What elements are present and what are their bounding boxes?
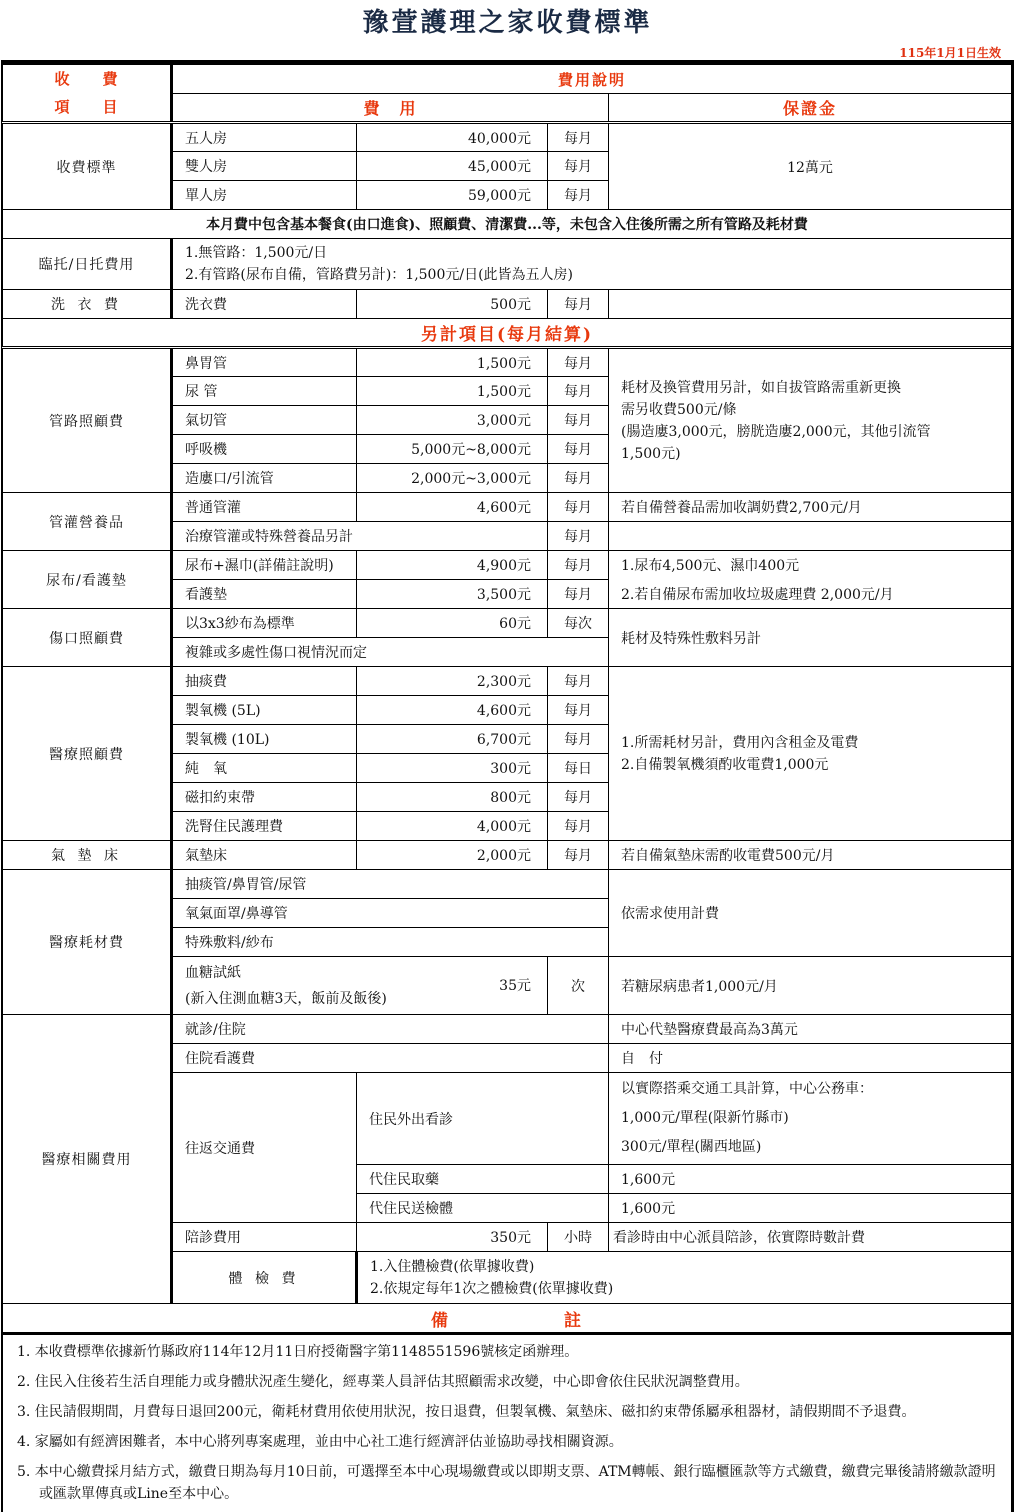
- tube-unit: 每月: [548, 377, 609, 406]
- header-item-line1: 收 費: [15, 65, 158, 93]
- medical-care-name: 抽痰費: [172, 667, 357, 696]
- room-amount: 45,000元: [357, 152, 548, 181]
- category-medical-care: 醫療照顧費: [3, 667, 172, 841]
- glucose-amount: 35元: [499, 975, 531, 997]
- medical-care-name: 洗腎住民護理費: [172, 812, 357, 841]
- wound-name: 以3x3紗布為標準: [172, 609, 357, 638]
- category-tube-care: 管路照顧費: [3, 348, 172, 493]
- medical-care-amount: 800元: [357, 783, 548, 812]
- medical-care-name: 製氧機 (5L): [172, 696, 357, 725]
- feeding-amount: 4,600元: [357, 493, 548, 522]
- category-consumables: 醫療耗材費: [3, 870, 172, 1015]
- fee-table: 收 費 項 目 費用說明 費 用 保證金 收費標準 五人房 40,000元 每月…: [2, 64, 1012, 1512]
- laundry-unit: 每月: [548, 290, 609, 319]
- inclusion-note: 本月費中包含基本餐食(由口進食)、照顧費、清潔費...等，未包含入住後所需之所有…: [3, 210, 1012, 239]
- medical-care-amount: 300元: [357, 754, 548, 783]
- outing-name: 住民外出看診: [357, 1073, 609, 1165]
- tube-note-line3: (腸造廔3,000元，膀胱造廔2,000元，其他引流管: [621, 421, 999, 443]
- room-name: 雙人房: [172, 152, 357, 181]
- air-bed-unit: 每月: [548, 841, 609, 870]
- category-standard: 收費標準: [3, 123, 172, 210]
- wound-name: 複雜或多處性傷口視情況而定: [172, 638, 609, 667]
- medical-care-amount: 4,000元: [357, 812, 548, 841]
- medical-care-name: 純 氧: [172, 754, 357, 783]
- outing-note-line2: 1,000元/單程(限新竹縣市): [621, 1104, 999, 1133]
- header-desc: 費用說明: [172, 65, 1012, 94]
- tube-amount: 1,500元: [357, 348, 548, 377]
- fee-sheet: 收 費 項 目 費用說明 費 用 保證金 收費標準 五人房 40,000元 每月…: [1, 60, 1014, 1512]
- wound-note: 耗材及特殊性敷料另計: [609, 609, 1012, 667]
- remark-item: 1. 本收費標準依據新竹縣政府114年12月11日府授衛醫字第114855159…: [3, 1337, 1011, 1367]
- tube-amount: 5,000元~8,000元: [357, 435, 548, 464]
- checkup-line2: 2.依規定每年1次之體檢費(依單據收費): [370, 1278, 999, 1300]
- category-checkup: 體 檢 費: [172, 1252, 357, 1304]
- glucose-name-line1: 血糖試紙: [185, 960, 535, 986]
- consumable-name: 氧氣面罩/鼻導管: [172, 899, 609, 928]
- glucose-item: 血糖試紙 (新入住測血糖3天，飯前及飯後) 35元: [172, 957, 548, 1015]
- diaper-row: 尿布/看護墊 尿布+濕巾(詳備註說明) 4,900元 每月 1.尿布4,500元…: [3, 551, 1012, 580]
- remark-item: 5. 本中心繳費採月結方式，繳費日期為每月10日前，可選擇至本中心現場繳費或以即…: [3, 1457, 1011, 1509]
- feeding-unit: 每月: [548, 522, 609, 551]
- escort-unit: 小時: [548, 1223, 609, 1252]
- diaper-name: 看護墊: [172, 580, 357, 609]
- category-diaper: 尿布/看護墊: [3, 551, 172, 609]
- tube-name: 尿 管: [172, 377, 357, 406]
- feeding-name: 治療管灌或特殊營養品另計: [172, 522, 548, 551]
- category-air-bed: 氣 墊 床: [3, 841, 172, 870]
- medical-care-unit: 每月: [548, 725, 609, 754]
- outing-note: 以實際搭乘交通工具計算，中心公務車： 1,000元/單程(限新竹縣市) 300元…: [609, 1073, 1012, 1165]
- remarks-body: 1. 本收費標準依據新竹縣政府114年12月11日府授衛醫字第114855159…: [3, 1334, 1012, 1512]
- wound-row: 傷口照顧費 以3x3紗布為標準 60元 每次 耗材及特殊性敷料另計: [3, 609, 1012, 638]
- inclusion-note-row: 本月費中包含基本餐食(由口進食)、照顧費、清潔費...等，未包含入住後所需之所有…: [3, 210, 1012, 239]
- medical-care-name: 製氧機 (10L): [172, 725, 357, 754]
- feeding-unit: 每月: [548, 493, 609, 522]
- medical-care-unit: 每日: [548, 754, 609, 783]
- consumable-name: 抽痰管/鼻胃管/尿管: [172, 870, 609, 899]
- tube-amount: 2,000元~3,000元: [357, 464, 548, 493]
- escort-name: 陪診費用: [172, 1223, 357, 1252]
- wound-amount: 60元: [357, 609, 548, 638]
- diaper-unit: 每月: [548, 551, 609, 580]
- diaper-note: 2.若自備尿布需加收垃圾處理費 2,000元/月: [609, 580, 1012, 609]
- feeding-note: 若自備營養品需加收調奶費2,700元/月: [609, 493, 1012, 522]
- tube-note-line2: 需另收費500元/條: [621, 399, 999, 421]
- escort-note: 看診時由中心派員陪診，依實際時數計費: [609, 1223, 1012, 1252]
- consumable-row: 醫療耗材費 抽痰管/鼻胃管/尿管 依需求使用計費: [3, 870, 1012, 899]
- tube-name: 氣切管: [172, 406, 357, 435]
- category-wound-care: 傷口照顧費: [3, 609, 172, 667]
- daycare-line2: 2.有管路(尿布自備，管路費另計)：1,500元/日(此皆為五人房): [185, 264, 999, 286]
- feeding-row: 管灌營養品 普通管灌 4,600元 每月 若自備營養品需加收調奶費2,700元/…: [3, 493, 1012, 522]
- category-laundry: 洗 衣 費: [3, 290, 172, 319]
- glucose-name-line2: (新入住測血糖3天，飯前及飯後): [185, 986, 535, 1012]
- laundry-row: 洗 衣 費 洗衣費 500元 每月: [3, 290, 1012, 319]
- tube-unit: 每月: [548, 348, 609, 377]
- pickup-medicine-name: 代住民取藥: [357, 1165, 609, 1194]
- tube-unit: 每月: [548, 435, 609, 464]
- remarks-body-row: 1. 本收費標準依據新竹縣政府114年12月11日府授衛醫字第114855159…: [3, 1334, 1012, 1512]
- remarks-title-row: 備 註: [3, 1304, 1012, 1334]
- laundry-note: [609, 290, 1012, 319]
- category-daycare: 臨托/日托費用: [3, 239, 172, 290]
- medical-care-unit: 每月: [548, 812, 609, 841]
- air-bed-row: 氣 墊 床 氣墊床 2,000元 每月 若自備氣墊床需酌收電費500元/月: [3, 841, 1012, 870]
- medical-care-note: 1.所需耗材另計，費用內含租金及電費 2.自備製氧機須酌收電費1,000元: [609, 667, 1012, 841]
- header-item-column: 收 費 項 目: [3, 65, 172, 123]
- tube-note-line4: 1,500元): [621, 443, 999, 465]
- tube-row: 管路照顧費 鼻胃管 1,500元 每月 耗材及換管費用另計，如自拔管路需重新更換…: [3, 348, 1012, 377]
- tube-care-note: 耗材及換管費用另計，如自拔管路需重新更換 需另收費500元/條 (腸造廔3,00…: [609, 348, 1012, 493]
- medical-care-note-line1: 1.所需耗材另計，費用內含租金及電費: [621, 732, 999, 754]
- header-deposit: 保證金: [609, 94, 1012, 123]
- room-unit: 每月: [548, 181, 609, 210]
- remark-item: 2. 住民入住後若生活自理能力或身體狀況產生變化，經專業人員評估其照顧需求改變，…: [3, 1367, 1011, 1397]
- feeding-name: 普通管灌: [172, 493, 357, 522]
- extra-section-row: 另計項目(每月結算): [3, 319, 1012, 348]
- consumables-group-note: 依需求使用計費: [609, 870, 1012, 957]
- medical-care-unit: 每月: [548, 783, 609, 812]
- room-name: 單人房: [172, 181, 357, 210]
- transport-name: 往返交通費: [172, 1073, 357, 1223]
- tube-name: 造廔口/引流管: [172, 464, 357, 493]
- effective-date: 115年1月1日生效: [899, 44, 1001, 61]
- header-item-line2: 項 目: [15, 93, 158, 121]
- visit-name: 就診/住院: [172, 1015, 609, 1044]
- room-amount: 59,000元: [357, 181, 548, 210]
- room-amount: 40,000元: [357, 123, 548, 152]
- daycare-row: 臨托/日托費用 1.無管路：1,500元/日 2.有管路(尿布自備，管路費另計)…: [3, 239, 1012, 290]
- outing-note-line3: 300元/單程(關西地區): [621, 1133, 999, 1162]
- diaper-amount: 3,500元: [357, 580, 548, 609]
- medical-care-amount: 2,300元: [357, 667, 548, 696]
- tube-amount: 3,000元: [357, 406, 548, 435]
- tube-note-line1: 耗材及換管費用另計，如自拔管路需重新更換: [621, 377, 999, 399]
- room-unit: 每月: [548, 152, 609, 181]
- room-row: 收費標準 五人房 40,000元 每月 12萬元: [3, 123, 1012, 152]
- air-bed-note: 若自備氣墊床需酌收電費500元/月: [609, 841, 1012, 870]
- tube-unit: 每月: [548, 464, 609, 493]
- medical-care-amount: 6,700元: [357, 725, 548, 754]
- medical-related-row: 醫療相關費用 就診/住院 中心代墊醫療費最高為3萬元: [3, 1015, 1012, 1044]
- room-unit: 每月: [548, 123, 609, 152]
- escort-amount: 350元: [357, 1223, 548, 1252]
- wound-unit: 每次: [548, 609, 609, 638]
- visit-note: 中心代墊醫療費最高為3萬元: [609, 1015, 1012, 1044]
- send-specimen-note: 1,600元: [609, 1194, 1012, 1223]
- consumable-name: 特殊敷料/紗布: [172, 928, 609, 957]
- page-title: 豫萱護理之家收費標準: [0, 0, 1015, 46]
- diaper-name: 尿布+濕巾(詳備註說明): [172, 551, 357, 580]
- diaper-note: 1.尿布4,500元、濕巾400元: [609, 551, 1012, 580]
- tube-name: 呼吸機: [172, 435, 357, 464]
- category-tube-feeding: 管灌營養品: [3, 493, 172, 551]
- feeding-note: [609, 522, 1012, 551]
- medical-care-name: 磁扣約束帶: [172, 783, 357, 812]
- tube-amount: 1,500元: [357, 377, 548, 406]
- send-specimen-name: 代住民送檢體: [357, 1194, 609, 1223]
- medical-care-note-line2: 2.自備製氧機須酌收電費1,000元: [621, 754, 999, 776]
- laundry-name: 洗衣費: [172, 290, 357, 319]
- hospital-nursing-name: 住院看護費: [172, 1044, 609, 1073]
- room-name: 五人房: [172, 123, 357, 152]
- diaper-amount: 4,900元: [357, 551, 548, 580]
- outing-note-line1: 以實際搭乘交通工具計算，中心公務車：: [621, 1075, 999, 1104]
- medical-care-row: 醫療照顧費 抽痰費 2,300元 每月 1.所需耗材另計，費用內含租金及電費 2…: [3, 667, 1012, 696]
- tube-name: 鼻胃管: [172, 348, 357, 377]
- extra-section-title: 另計項目(每月結算): [3, 319, 1012, 348]
- laundry-amount: 500元: [357, 290, 548, 319]
- glucose-note: 若糖尿病患者1,000元/月: [609, 957, 1012, 1015]
- hospital-nursing-note: 自 付: [609, 1044, 1012, 1073]
- header-row-1: 收 費 項 目 費用說明: [3, 65, 1012, 94]
- medical-care-unit: 每月: [548, 667, 609, 696]
- remark-item: 4. 家屬如有經濟困難者，本中心將列專案處理，並由中心社工進行經濟評估並協助尋找…: [3, 1427, 1011, 1457]
- glucose-unit: 次: [548, 957, 609, 1015]
- medical-care-amount: 4,600元: [357, 696, 548, 725]
- tube-unit: 每月: [548, 406, 609, 435]
- daycare-details: 1.無管路：1,500元/日 2.有管路(尿布自備，管路費另計)：1,500元/…: [172, 239, 1012, 290]
- checkup-line1: 1.入住體檢費(依單據收費): [370, 1256, 999, 1278]
- remarks-title: 備 註: [3, 1304, 1012, 1334]
- remark-item: 3. 住民請假期間，月費每日退回200元，衛耗材費用依使用狀況，按日退費，但製氧…: [3, 1397, 1011, 1427]
- header-fee: 費 用: [172, 94, 609, 123]
- pickup-medicine-note: 1,600元: [609, 1165, 1012, 1194]
- deposit-amount: 12萬元: [609, 123, 1012, 210]
- medical-care-unit: 每月: [548, 696, 609, 725]
- air-bed-name: 氣墊床: [172, 841, 357, 870]
- daycare-line1: 1.無管路：1,500元/日: [185, 242, 999, 264]
- diaper-unit: 每月: [548, 580, 609, 609]
- category-medical-related: 醫療相關費用: [3, 1015, 172, 1304]
- air-bed-amount: 2,000元: [357, 841, 548, 870]
- checkup-details: 1.入住體檢費(依單據收費) 2.依規定每年1次之體檢費(依單據收費): [357, 1252, 1012, 1304]
